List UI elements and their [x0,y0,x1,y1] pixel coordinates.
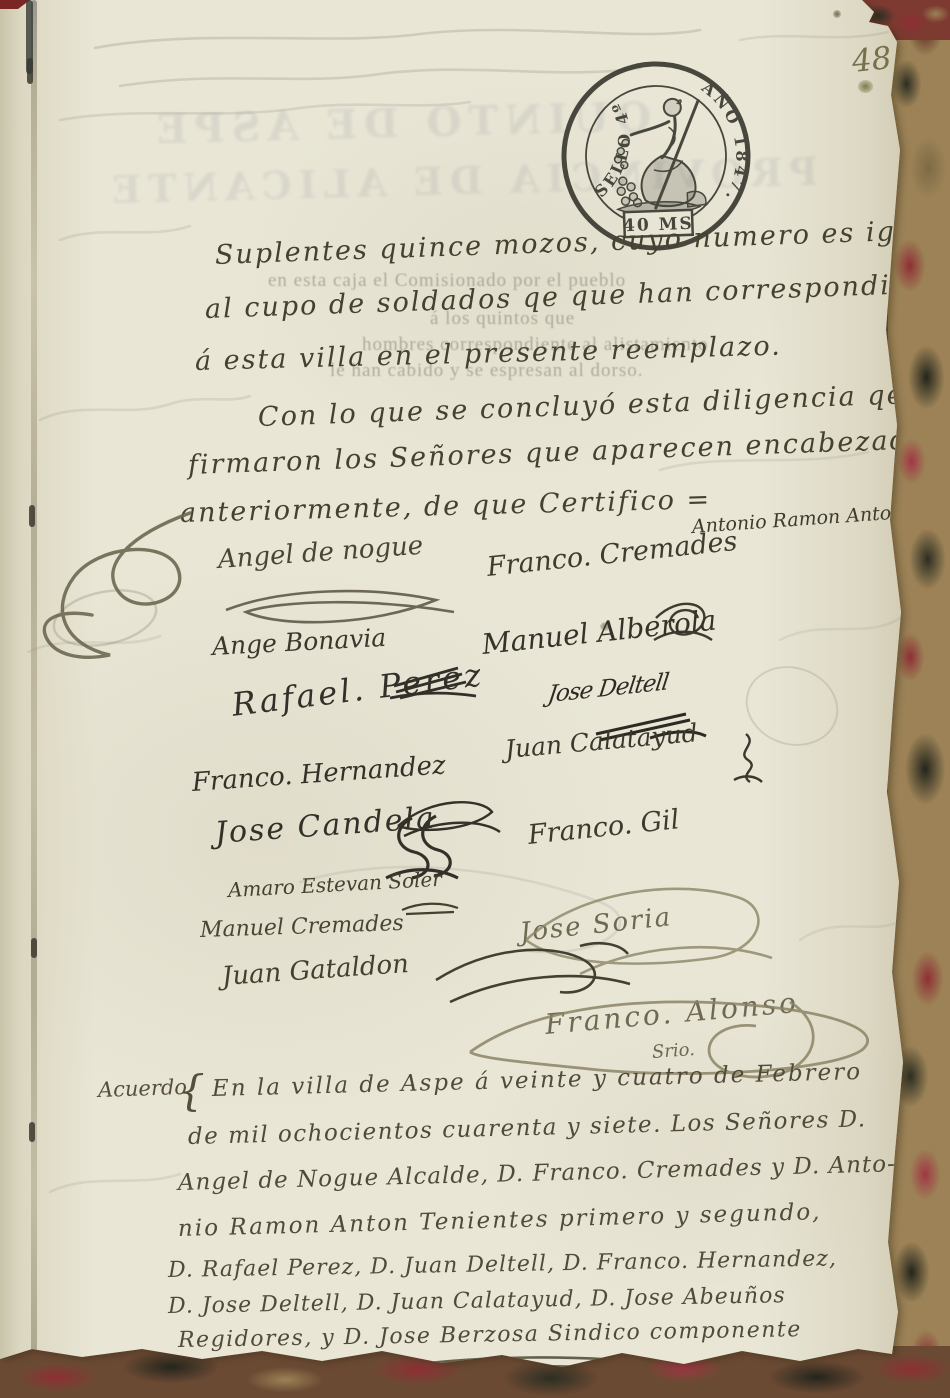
signature-name: Juan Calatayud [504,718,699,764]
svg-text:SELLO 4º: SELLO 4º [588,97,637,202]
page-sheet: QUINTO DE ASPE PROVINCIA DE ALICANTE en … [0,0,950,1398]
manuscript-line: En la villa de Aspe á veinte y cuatro de… [212,1059,863,1102]
signature-name: Franco. Alonso [544,986,801,1041]
manuscript-line: D. Rafael Perez, D. Juan Deltell, D. Fra… [168,1246,837,1283]
manuscript-line: Angel de Nogue Alcalde, D. Franco. Crema… [178,1151,896,1196]
manuscript-line: á esta villa en el presente reemplazo. [195,331,783,377]
page-sheet-wrap: QUINTO DE ASPE PROVINCIA DE ALICANTE en … [0,0,950,1398]
seal-seated-figure [613,98,707,216]
signature-name: Manuel Cremades [200,911,405,943]
binding-stitch [29,505,35,527]
manuscript-line: al cupo de soldados qe que han correspon… [204,269,929,325]
manuscript-line: Suplentes quince mozos, cuyo numero es i… [214,215,944,271]
signature-flourish [728,730,764,784]
ghost-heading: QUINTO DE ASPE [149,93,651,153]
acuerdo-label: Acuerdo [98,1075,188,1102]
binding-thread [26,0,33,74]
certifier-rubric-flourish [886,506,926,550]
binding-gutter-crease [31,0,37,1398]
manuscript-line: Regidores, y D. Jose Berzosa Sindico com… [178,1317,802,1353]
ink-speck [833,10,841,18]
signature-name: Manuel Alberola [480,603,718,660]
ghost-heading: PROVINCIA DE ALICANTE [105,149,819,213]
manuscript-line: Con lo que se concluyó esta diligencia q… [257,379,915,433]
signature-name: Franco. Hernandez [191,750,447,798]
signature-name: Juan Gataldon [221,949,410,992]
signature-flourish [380,1352,680,1392]
signature-flourish [40,505,220,675]
ink-speck [858,80,873,93]
manuscript-line: anteriormente, de que Certifico = [180,484,712,529]
binding-stitch [33,1378,39,1398]
manuscript-line: de mil ochocientos cuarenta y siete. Los… [188,1106,867,1150]
signature-name: Jose Soria [518,902,673,948]
binding-stitch [31,938,37,958]
bleedthrough-squiggles [0,0,950,1398]
acuerdo-brace: { [178,1066,205,1115]
seal-right-text: AÑO 1847. [697,76,753,208]
signature-name: Angel de nogue [217,531,424,575]
svg-text:AÑO 1847.: AÑO 1847. [697,76,753,208]
signature-title: Srio. [651,1039,695,1063]
seal-left-text: SELLO 4º [588,97,637,202]
manuscript-line: firmaron los Señores que aparecen encabe… [187,424,943,481]
signature-name: Amaro Estevan Soler [227,867,442,902]
signature-name: Ange Bonavia [211,623,387,661]
signature-name: Rafael. Perez [230,655,486,724]
folio-number: 48 [850,40,893,80]
scanned-manuscript-page: QUINTO DE ASPE PROVINCIA DE ALICANTE en … [0,0,950,1398]
signature-name: Jose Candela [214,801,437,851]
signature-name: Franco. Cremades [485,526,738,583]
manuscript-line: D. Jose Deltell, D. Juan Calatayud, D. J… [168,1283,786,1319]
manuscript-line: nio Ramon Anton Tenientes primero y segu… [178,1199,822,1242]
signature-name: Jose Deltell [546,669,670,708]
signature-name: Franco. Gil [526,804,680,851]
signature-flourish [400,898,460,916]
binding-stitch [29,1122,35,1142]
